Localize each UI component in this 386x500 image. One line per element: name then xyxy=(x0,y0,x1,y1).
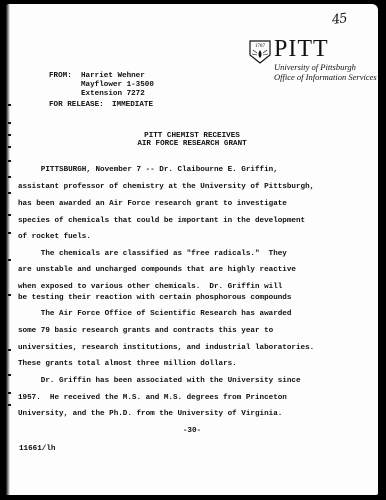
body-line: has been awarded an Air Force research g… xyxy=(18,200,287,208)
scan-edge-shadow xyxy=(6,4,10,495)
logo-university-name: University of Pittsburgh xyxy=(274,62,356,72)
release-value: IMMEDIATE xyxy=(112,101,153,109)
body-line: University, and the Ph.D. from the Unive… xyxy=(18,410,282,418)
body-line: some 79 basic research grants and contra… xyxy=(18,327,273,335)
body-line: species of chemicals that could be impor… xyxy=(18,217,305,225)
from-extension: Extension 7272 xyxy=(81,90,145,98)
body-line: universities, research institutions, and… xyxy=(18,344,314,352)
body-line: PITTSBURGH, November 7 -- Dr. Claibourne… xyxy=(18,166,278,174)
body-line: Dr. Griffin has been associated with the… xyxy=(18,377,301,385)
body-line: of rocket fuels. xyxy=(18,233,91,241)
pitt-letterhead-logo: 1787 PITT University of Pittsburgh Offic… xyxy=(249,40,378,90)
from-name: Harriet Wehner xyxy=(81,72,145,80)
headline-line-1: PITT CHEMIST RECEIVES xyxy=(6,132,378,140)
reference-code: 11661/lh xyxy=(19,445,55,453)
body-line: The Air Force Office of Scientific Resea… xyxy=(18,310,291,318)
handwritten-page-number: 45 xyxy=(331,11,347,28)
body-line: These grants total almost three million … xyxy=(18,360,237,368)
end-mark: -30- xyxy=(6,427,378,435)
from-label: FROM: xyxy=(49,72,72,80)
svg-text:1787: 1787 xyxy=(255,44,266,49)
document-page: 45 1787 PITT University of Pittsburgh Of… xyxy=(6,4,378,495)
release-label: FOR RELEASE: xyxy=(49,101,104,109)
body-line: be testing their reaction with certain p… xyxy=(18,294,291,302)
logo-office-name: Office of Information Services xyxy=(274,72,377,82)
cathedral-flame-icon: 1787 xyxy=(249,40,271,64)
body-line: 1957. He received the M.S. and M.S. degr… xyxy=(18,394,287,402)
body-line: assistant professor of chemistry at the … xyxy=(18,183,314,191)
body-line: are unstable and uncharged compounds tha… xyxy=(18,266,296,274)
headline-line-2: AIR FORCE RESEARCH GRANT xyxy=(6,140,378,148)
body-line: when exposed to various other chemicals.… xyxy=(18,283,282,291)
logo-wordmark: PITT xyxy=(274,36,329,63)
from-phone: Mayflower 1-3500 xyxy=(81,81,154,89)
body-line: The chemicals are classified as "free ra… xyxy=(18,250,287,258)
